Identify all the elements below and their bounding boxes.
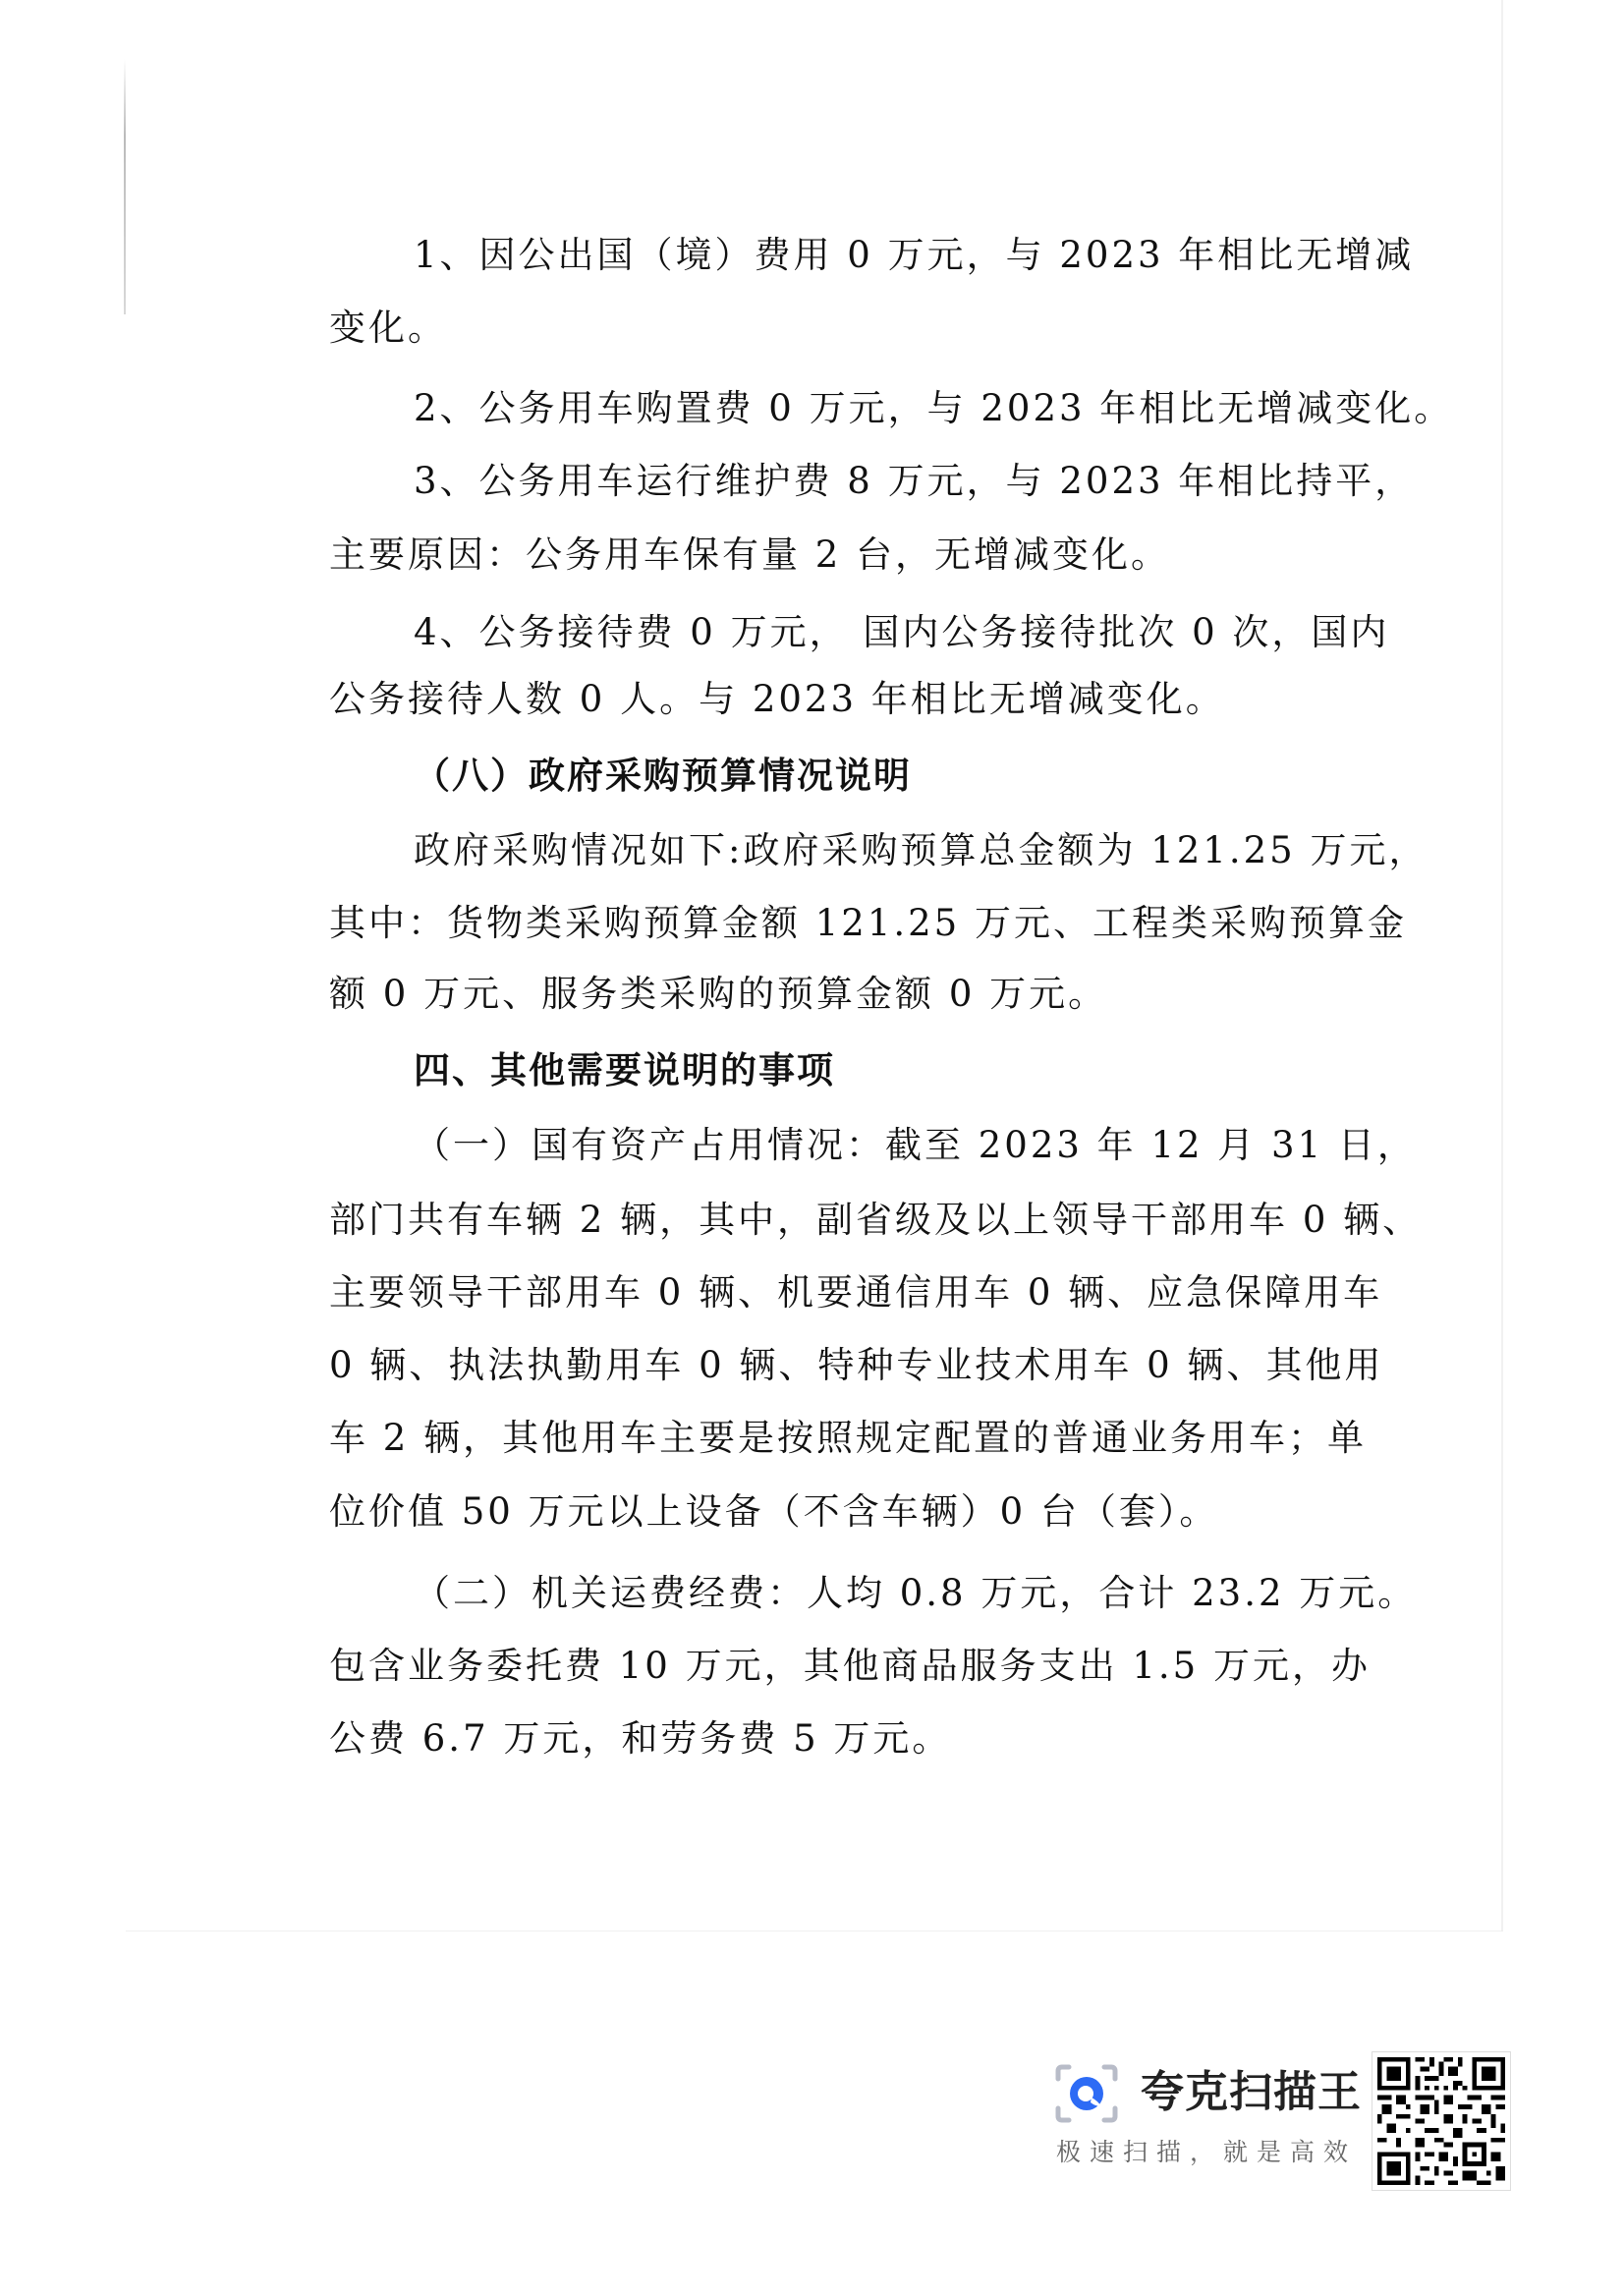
paragraph-line: （一）国有资产占用情况：截至 2023 年 12 月 31 日，: [414, 1122, 1417, 1169]
paragraph-line: 公费 6.7 万元，和劳务费 5 万元。: [329, 1715, 951, 1763]
quark-scan-logo-icon: [1054, 2063, 1119, 2124]
paragraph-line: 位价值 50 万元以上设备（不含车辆）0 台（套）。: [329, 1488, 1218, 1536]
paragraph-line: （二）机关运费经费：人均 0.8 万元，合计 23.2 万元。: [414, 1570, 1417, 1617]
section-heading-other-matters: 四、其他需要说明的事项: [414, 1047, 835, 1094]
paragraph-line: 3、公务用车运行维护费 8 万元，与 2023 年相比持平，: [414, 458, 1414, 505]
app-name: 夸克扫描王: [1141, 2065, 1362, 2120]
paragraph-line: 部门共有车辆 2 辆，其中，副省级及以上领导干部用车 0 辆、: [329, 1197, 1422, 1244]
paragraph-line: 0 辆、执法执勤用车 0 辆、特种专业技术用车 0 辆、其他用: [329, 1342, 1383, 1389]
paragraph-line: 主要原因：公务用车保有量 2 台，无增减变化。: [329, 532, 1170, 579]
section-heading-government-procurement: （八）政府采购预算情况说明: [414, 753, 912, 800]
paragraph-line: 主要领导干部用车 0 辆、机要通信用车 0 辆、应急保障用车: [329, 1269, 1382, 1316]
paragraph-line: 其中：货物类采购预算金额 121.25 万元、工程类采购预算金: [329, 900, 1407, 947]
app-slogan: 极速扫描，就是高效: [1056, 2136, 1357, 2169]
paragraph-line: 公务接待人数 0 人。与 2023 年相比无增减变化。: [329, 676, 1225, 723]
scan-edge-right: [1501, 0, 1503, 1931]
scan-edge-bottom: [126, 1931, 1503, 1931]
paragraph-line: 政府采购情况如下:政府采购预算总金额为 121.25 万元，: [414, 827, 1428, 874]
scan-edge-left: [124, 59, 126, 314]
paragraph-line: 2、公务用车购置费 0 万元，与 2023 年相比无增减变化。: [414, 385, 1453, 432]
qr-code-icon: [1372, 2051, 1511, 2191]
paragraph-line: 变化。: [329, 305, 447, 352]
paragraph-line: 额 0 万元、服务类采购的预算金额 0 万元。: [329, 971, 1107, 1018]
paragraph-line: 包含业务委托费 10 万元，其他商品服务支出 1.5 万元，办: [329, 1643, 1371, 1690]
paragraph-line: 车 2 辆，其他用车主要是按照规定配置的普通业务用车；单: [329, 1415, 1367, 1462]
paragraph-line: 4、公务接待费 0 万元， 国内公务接待批次 0 次，国内: [414, 609, 1389, 656]
paragraph-line: 1、因公出国（境）费用 0 万元，与 2023 年相比无增减: [414, 232, 1414, 279]
